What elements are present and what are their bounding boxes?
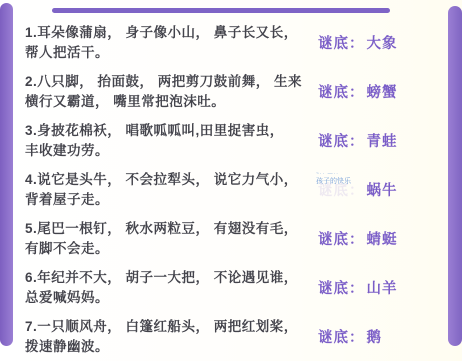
left-border-bar xyxy=(0,3,13,340)
riddle-text: 2.八只脚， 抬面鼓， 两把剪刀鼓前舞， 生来 横行又霸道， 嘴里常把泡沫吐。 xyxy=(25,72,308,112)
answer-prefix-label: 谜底： xyxy=(318,330,365,340)
right-border-bar xyxy=(448,6,462,340)
riddle-line-1: 5.尾巴一根钉， 秋水两粒豆， 有翅没有毛， xyxy=(25,219,308,239)
riddle-line-1: 6.年纪并不大， 胡子一大把， 不论遇见谁， xyxy=(25,268,308,288)
riddle-row: 5.尾巴一根钉， 秋水两粒豆， 有翅没有毛， 有脚不会走。 谜底：蜻蜓 xyxy=(25,214,448,263)
riddle-line-2: 丰收建功劳。 xyxy=(25,141,308,161)
riddle-answer: 谜底：蜗牛 ~·· —··孩子的快乐 xyxy=(318,179,398,200)
answer-prefix-label: 谜底： xyxy=(318,134,365,150)
riddle-text: 4.说它是头牛， 不会拉犁头， 说它力气小， 背着屋子走。 xyxy=(25,170,308,210)
watermark-text: ~·· —··孩子的快乐 xyxy=(316,170,351,186)
answer-value: 螃蟹 xyxy=(367,85,398,101)
answer-value: 山羊 xyxy=(367,281,398,297)
riddle-answer: 谜底：大象 xyxy=(318,32,398,53)
answer-value: 青蛙 xyxy=(367,134,398,150)
riddle-line-1: 2.八只脚， 抬面鼓， 两把剪刀鼓前舞， 生来 xyxy=(25,72,308,92)
riddle-text: 3.身披花棉袄， 唱歌呱呱叫,田里捉害虫， 丰收建功劳。 xyxy=(25,121,308,161)
answer-prefix-label: 谜底： xyxy=(318,85,365,101)
riddle-answer: 谜底：螃蟹 xyxy=(318,81,398,102)
riddle-answer: 谜底：蜻蜓 xyxy=(318,228,398,249)
riddle-text: 1.耳朵像蒲扇， 身子像小山， 鼻子长又长， 帮人把活干。 xyxy=(25,23,308,63)
riddle-text: 6.年纪并不大， 胡子一大把， 不论遇见谁， 总爱喊妈妈。 xyxy=(25,268,308,308)
answer-prefix-label: 谜底： xyxy=(318,281,365,297)
riddle-line-2: 帮人把活干。 xyxy=(25,43,308,63)
riddle-line-2: 拨速静幽波。 xyxy=(25,337,308,341)
riddle-list: 1.耳朵像蒲扇， 身子像小山， 鼻子长又长， 帮人把活干。 谜底：大象 2.八只… xyxy=(13,18,448,340)
riddle-card: 1.耳朵像蒲扇， 身子像小山， 鼻子长又长， 帮人把活干。 谜底：大象 2.八只… xyxy=(0,0,462,340)
riddle-text: 7.一只顺风舟， 白篷红船头， 两把红划桨， 拨速静幽波。 xyxy=(25,317,308,341)
riddle-line-2: 总爱喊妈妈。 xyxy=(25,288,308,308)
riddle-row: 7.一只顺风舟， 白篷红船头， 两把红划桨， 拨速静幽波。 谜底：鹅 xyxy=(25,312,448,340)
riddle-line-1: 4.说它是头牛， 不会拉犁头， 说它力气小， xyxy=(25,170,308,190)
riddle-line-2: 背着屋子走。 xyxy=(25,190,308,210)
answer-prefix-label: 谜底： xyxy=(318,36,365,52)
watermark-scribble: ~·· —·· xyxy=(316,170,351,178)
answer-value: 蜻蜓 xyxy=(367,232,398,248)
riddle-text: 5.尾巴一根钉， 秋水两粒豆， 有翅没有毛， 有脚不会走。 xyxy=(25,219,308,259)
riddle-row: 3.身披花棉袄， 唱歌呱呱叫,田里捉害虫， 丰收建功劳。 谜底：青蛙 xyxy=(25,116,448,165)
riddle-answer: 谜底：鹅 xyxy=(318,326,382,340)
answer-value: 大象 xyxy=(367,36,398,52)
riddle-line-2: 有脚不会走。 xyxy=(25,239,308,259)
answer-value: 鹅 xyxy=(367,330,383,340)
riddle-answer: 谜底：青蛙 xyxy=(318,130,398,151)
answer-value: 蜗牛 xyxy=(367,183,398,199)
riddle-row: 1.耳朵像蒲扇， 身子像小山， 鼻子长又长， 帮人把活干。 谜底：大象 xyxy=(25,18,448,67)
top-border-line xyxy=(52,8,390,13)
answer-prefix-label: 谜底： xyxy=(318,232,365,248)
riddle-line-1: 3.身披花棉袄， 唱歌呱呱叫,田里捉害虫， xyxy=(25,121,308,141)
riddle-row: 2.八只脚， 抬面鼓， 两把剪刀鼓前舞， 生来 横行又霸道， 嘴里常把泡沫吐。 … xyxy=(25,67,448,116)
riddle-row: 6.年纪并不大， 胡子一大把， 不论遇见谁， 总爱喊妈妈。 谜底：山羊 xyxy=(25,263,448,312)
riddle-line-1: 7.一只顺风舟， 白篷红船头， 两把红划桨， xyxy=(25,317,308,337)
riddle-line-1: 1.耳朵像蒲扇， 身子像小山， 鼻子长又长， xyxy=(25,23,308,43)
riddle-row: 4.说它是头牛， 不会拉犁头， 说它力气小， 背着屋子走。 谜底：蜗牛 ~·· … xyxy=(25,165,448,214)
riddle-line-2: 横行又霸道， 嘴里常把泡沫吐。 xyxy=(25,92,308,112)
riddle-answer: 谜底：山羊 xyxy=(318,277,398,298)
